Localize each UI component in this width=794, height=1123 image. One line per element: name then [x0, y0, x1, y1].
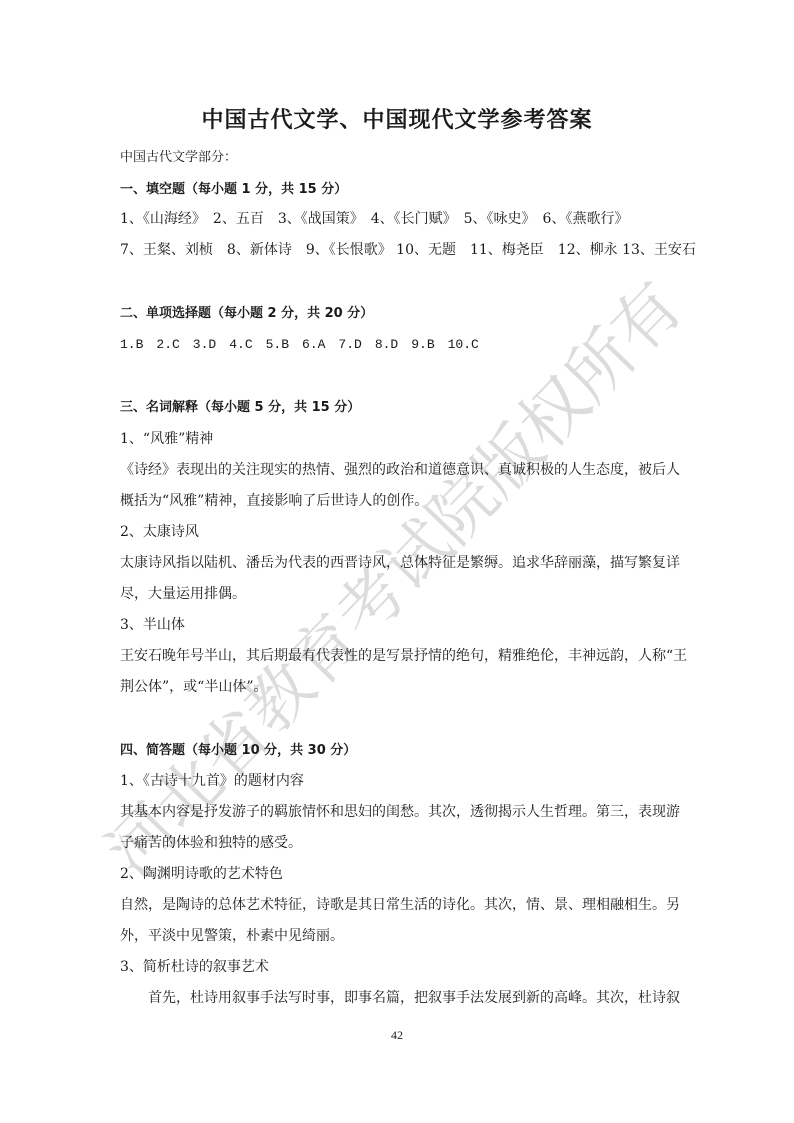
page-number: 42	[0, 1028, 794, 1043]
term-title: 3、半山体	[120, 614, 185, 634]
question-title: 1、《古诗十九首》的题材内容	[120, 770, 304, 790]
section-heading-multiple-choice: 二、单项选择题（每小题 2 分，共 20 分）	[120, 302, 373, 321]
term-definition-line: 太康诗风指以陆机、潘岳为代表的西晋诗风，总体特征是繁缛。追求华辞丽藻，描写繁复详	[120, 552, 680, 572]
term-definition-line: 《诗经》表现出的关注现实的热情、强烈的政治和道德意识、真诚积极的人生态度，被后人	[120, 459, 680, 479]
answer-line: 子痛苦的体验和独特的感受。	[120, 832, 302, 852]
answer-line: 首先，杜诗用叙事手法写时事，即事名篇，把叙事手法发展到新的高峰。其次，杜诗叙	[120, 987, 680, 1007]
question-title: 3、简析杜诗的叙事艺术	[120, 956, 269, 976]
answer-line: 外，平淡中见警策，朴素中见绮丽。	[120, 925, 344, 945]
term-title: 1、“风雅”精神	[120, 428, 213, 448]
multiple-choice-answers: 1.B 2.C 3.D 4.C 5.B 6.A 7.D 8.D 9.B 10.C	[120, 333, 479, 352]
answer-line: 其基本内容是抒发游子的羁旅情怀和思妇的闺愁。其次，透彻揭示人生哲理。第三，表现游	[120, 801, 680, 821]
term-definition-line: 王安石晚年号半山，其后期最有代表性的是写景抒情的绝句，精雅绝伦，丰神远韵，人称“…	[120, 645, 687, 665]
fill-in-answers-line-2: 7、王粲、刘桢 8、新体诗 9、《长恨歌》 10、无题 11、梅尧臣 12、柳永…	[120, 239, 696, 259]
term-definition-line: 荆公体”，或“半山体”。	[120, 676, 267, 696]
term-title: 2、太康诗风	[120, 521, 199, 541]
section-heading-fill-in: 一、填空题（每小题 1 分，共 15 分）	[120, 178, 347, 197]
section-heading-short-answer: 四、简答题（每小题 10 分，共 30 分）	[120, 739, 356, 758]
question-title: 2、陶渊明诗歌的艺术特色	[120, 863, 283, 883]
answer-line: 自然，是陶诗的总体艺术特征，诗歌是其日常生活的诗化。其次，情、景、理相融相生。另	[120, 894, 680, 914]
copyright-watermark: 河北省教育考试院版权所有	[81, 257, 700, 893]
term-definition-line: 尽，大量运用排偶。	[120, 583, 246, 603]
document-title: 中国古代文学、中国现代文学参考答案	[0, 103, 794, 134]
fill-in-answers-line-1: 1、《山海经》 2、五百 3、《战国策》 4、《长门赋》 5、《咏史》 6、《燕…	[120, 208, 628, 228]
term-definition-line: 概括为“风雅”精神，直接影响了后世诗人的创作。	[120, 490, 428, 510]
part-heading: 中国古代文学部分：	[120, 146, 237, 165]
document-page: 河北省教育考试院版权所有 中国古代文学、中国现代文学参考答案 中国古代文学部分：…	[0, 0, 794, 1123]
section-heading-term-definitions: 三、名词解释（每小题 5 分，共 15 分）	[120, 396, 360, 415]
